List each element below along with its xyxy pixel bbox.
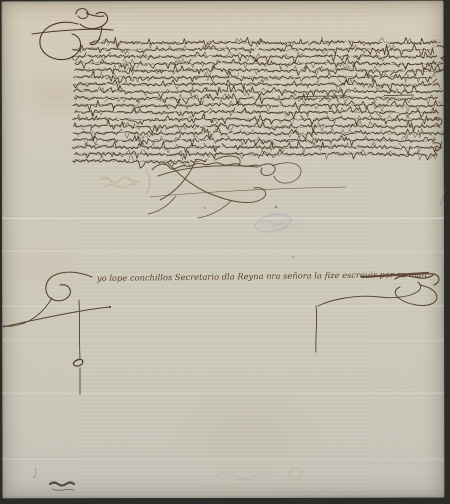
manuscript-scan: yo lope conchillos Secretario dla Reyna … bbox=[0, 0, 450, 504]
manuscript-page bbox=[2, 1, 445, 499]
